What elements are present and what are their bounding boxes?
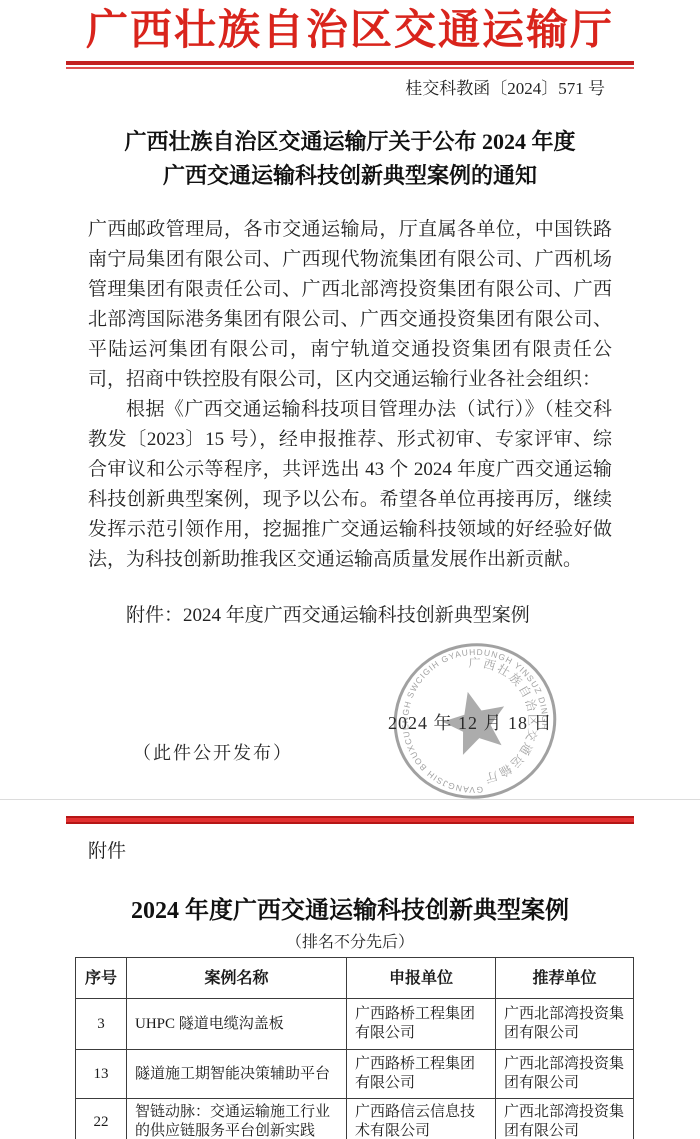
page-break-line	[0, 799, 700, 800]
notice-title: 广西壮族自治区交通运输厅关于公布 2024 年度 广西交通运输科技创新典型案例的…	[0, 125, 700, 193]
table-row: 3 UHPC 隧道电缆沟盖板 广西路桥工程集团有限公司 广西北部湾投资集团有限公…	[76, 999, 634, 1050]
notice-title-line2: 广西交通运输科技创新典型案例的通知	[0, 159, 700, 193]
cell-recommender: 广西北部湾投资集团有限公司	[496, 1050, 634, 1099]
attachment-reference-line: 附件：2024 年度广西交通运输科技创新典型案例	[88, 601, 612, 631]
cell-no: 22	[76, 1099, 127, 1139]
cell-case-name: UHPC 隧道电缆沟盖板	[127, 999, 347, 1050]
document-page: 广西壮族自治区交通运输厅 桂交科教函〔2024〕571 号 广西壮族自治区交通运…	[0, 6, 700, 1139]
table-row: 22 智链动脉：交通运输施工行业的供应链服务平台创新实践 广西路信云信息技术有限…	[76, 1099, 634, 1139]
rule-thin	[66, 67, 634, 69]
rule-thick	[66, 61, 634, 65]
cell-case-name: 隧道施工期智能决策辅助平台	[127, 1050, 347, 1099]
attachment-subtitle: （排名不分先后）	[0, 933, 700, 953]
document-number: 桂交科教函〔2024〕571 号	[0, 77, 605, 101]
public-release-note: （此件公开发布）	[133, 739, 293, 765]
cell-no: 13	[76, 1050, 127, 1099]
letterhead-title: 广西壮族自治区交通运输厅	[30, 6, 670, 56]
cell-no: 3	[76, 999, 127, 1050]
table-header-row: 序号 案例名称 申报单位 推荐单位	[76, 958, 634, 999]
header-case-name: 案例名称	[127, 958, 347, 999]
notice-body: 广西邮政管理局，各市交通运输局，厅直属各单位，中国铁路南宁局集团有限公司、广西现…	[88, 215, 612, 575]
attachment-red-rule	[66, 816, 634, 824]
header-applicant: 申报单位	[347, 958, 496, 999]
cell-applicant: 广西路信云信息技术有限公司	[347, 1099, 496, 1139]
letterhead-double-rule	[66, 61, 634, 69]
cell-applicant: 广西路桥工程集团有限公司	[347, 999, 496, 1050]
issue-date: 2024 年 12 月 18 日	[388, 709, 553, 735]
cases-table: 序号 案例名称 申报单位 推荐单位 3 UHPC 隧道电缆沟盖板 广西路桥工程集…	[75, 957, 634, 1139]
signature-block: GVANGJSIH BOUXCUENGH SWCIGIH GYAUHDUNGH …	[0, 631, 700, 799]
notice-title-line1: 广西壮族自治区交通运输厅关于公布 2024 年度	[0, 125, 700, 159]
cell-applicant: 广西路桥工程集团有限公司	[347, 1050, 496, 1099]
cell-recommender: 广西北部湾投资集团有限公司	[496, 1099, 634, 1139]
cell-case-name: 智链动脉：交通运输施工行业的供应链服务平台创新实践	[127, 1099, 347, 1139]
attachment-label: 附件	[88, 840, 700, 864]
header-recommender: 推荐单位	[496, 958, 634, 999]
header-no: 序号	[76, 958, 127, 999]
cell-recommender: 广西北部湾投资集团有限公司	[496, 999, 634, 1050]
body-paragraph: 根据《广西交通运输科技项目管理办法（试行）》（桂交科教发〔2023〕15 号），…	[88, 395, 612, 575]
attachment-title: 2024 年度广西交通运输科技创新典型案例	[0, 894, 700, 928]
table-row: 13 隧道施工期智能决策辅助平台 广西路桥工程集团有限公司 广西北部湾投资集团有…	[76, 1050, 634, 1099]
recipients-paragraph: 广西邮政管理局，各市交通运输局，厅直属各单位，中国铁路南宁局集团有限公司、广西现…	[88, 215, 612, 395]
